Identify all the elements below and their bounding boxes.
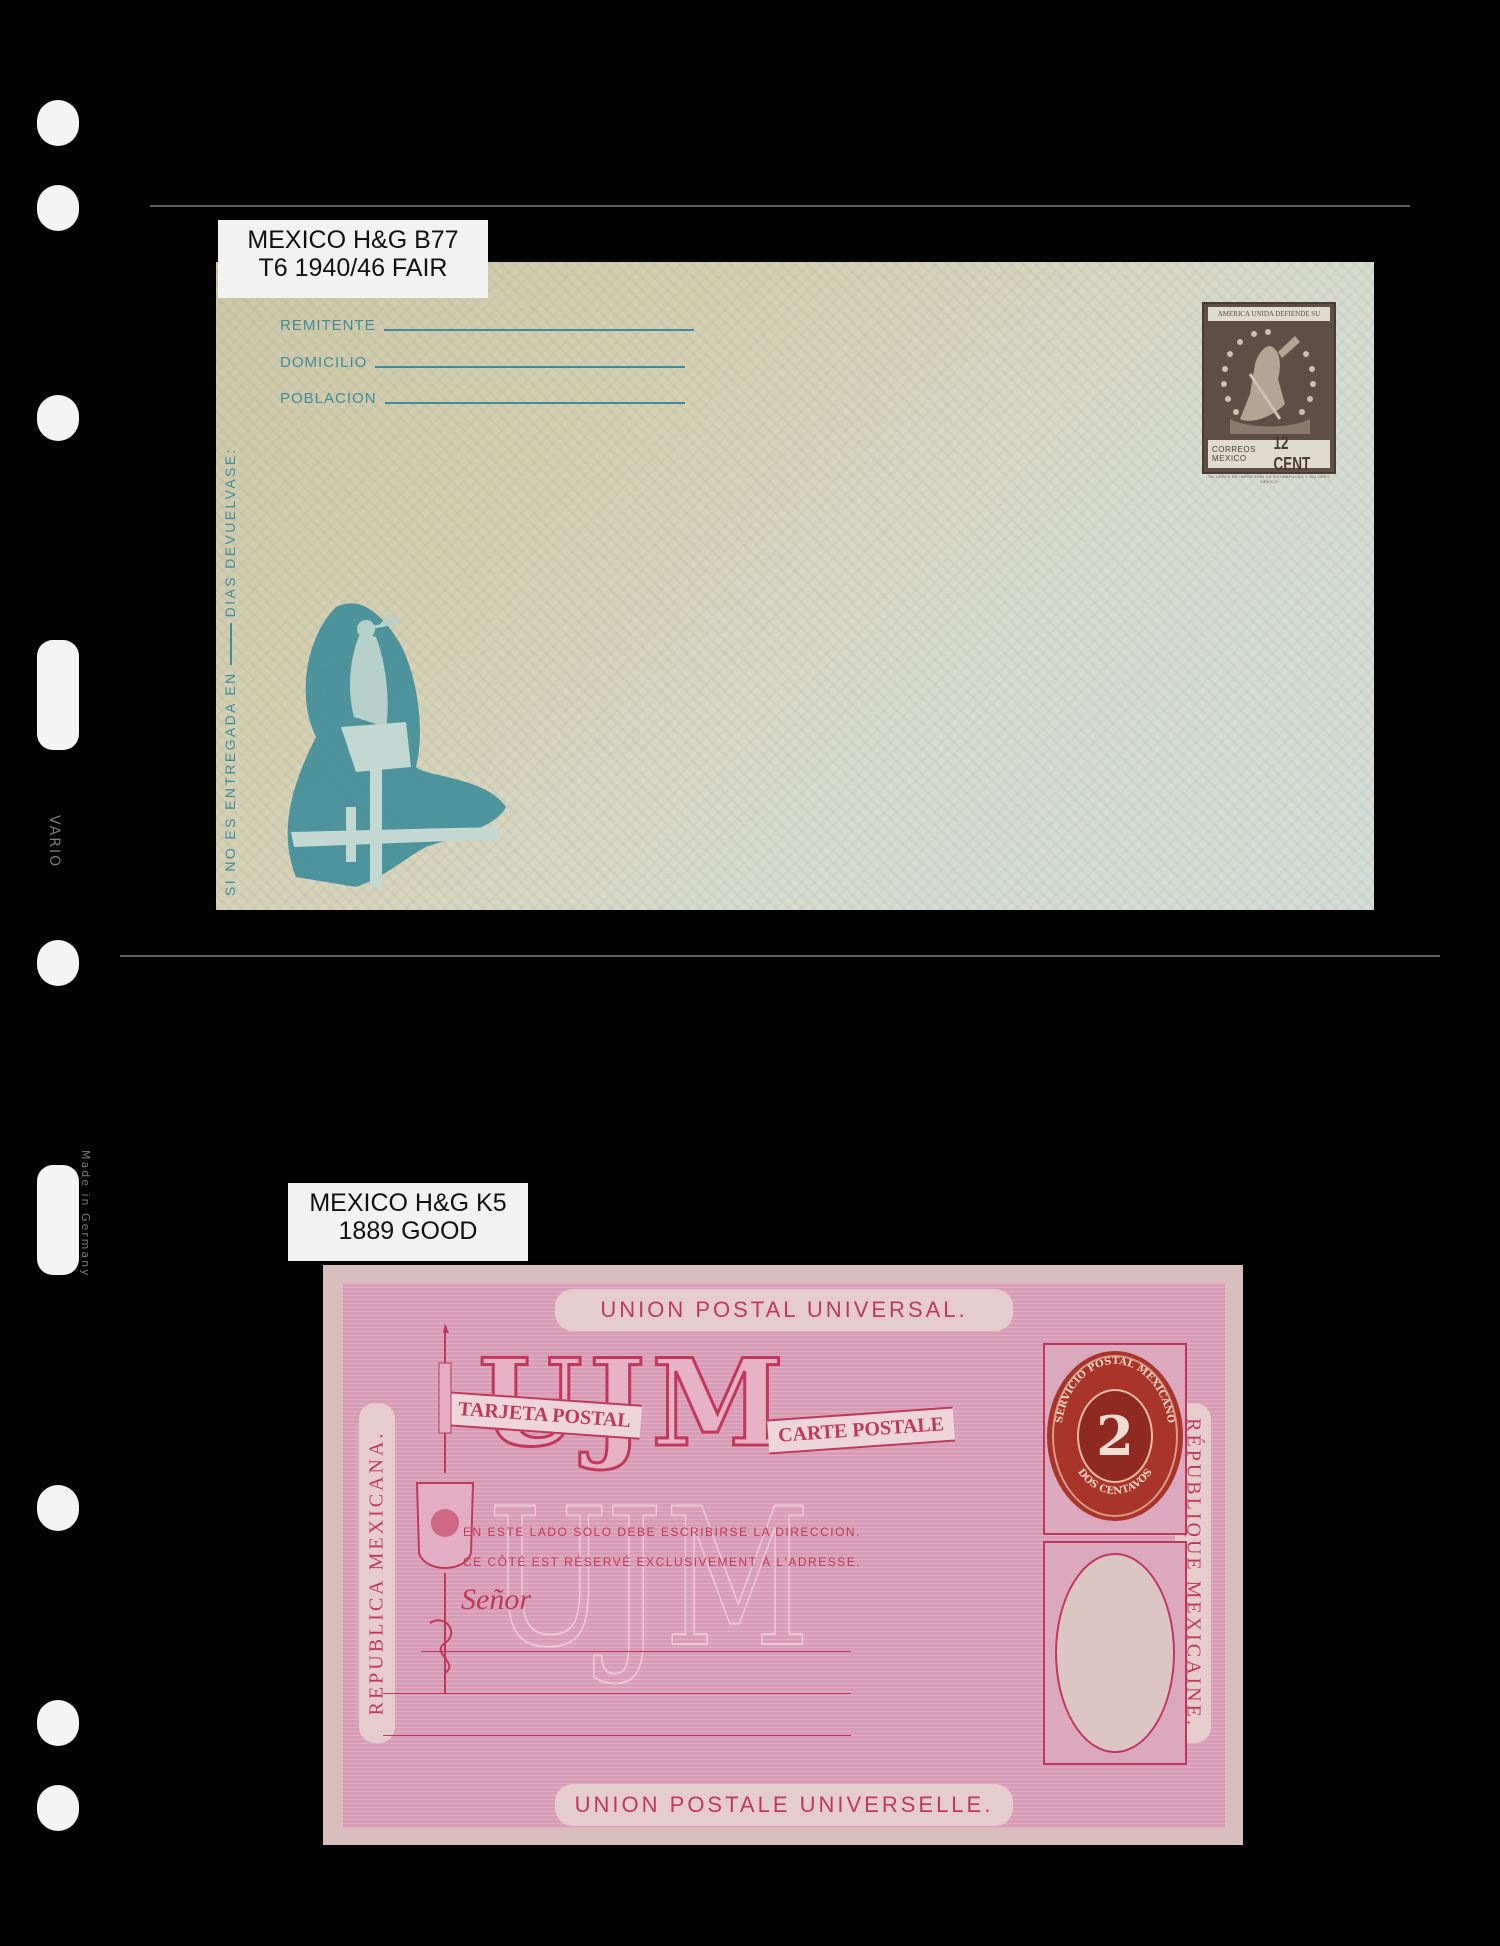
label-line-2: T6 1940/46 FAIR [230, 254, 476, 282]
ribbon-carte-postale: CARTE POSTALE [767, 1407, 955, 1455]
domicilio-label: DOMICILIO [280, 354, 367, 371]
ujm-watermark: UJM [488, 1468, 812, 1689]
stamp-motto: AMERICA UNIDA DEFIENDE SU LIBERTAD [1208, 307, 1330, 321]
domicilio-field: DOMICILIO [280, 354, 685, 371]
stamp-imprint: TALLERES DE IMPRESION DE ESTAMPILLAS Y V… [1202, 474, 1336, 484]
sleeve-brand-origin: Made in Germany [79, 1150, 92, 1278]
label-line-2: 1889 GOOD [300, 1217, 516, 1245]
envelope-b77: REMITENTE DOMICILIO POBLACION SI NO ES E… [216, 262, 1374, 910]
card-frame: UNION POSTAL UNIVERSAL. UNION POSTALE UN… [343, 1283, 1225, 1828]
bottom-band: UNION POSTALE UNIVERSELLE. [555, 1784, 1013, 1826]
address-line-2 [383, 1693, 851, 1694]
salutation: Señor [461, 1583, 531, 1617]
address-line-3 [383, 1735, 851, 1736]
remitente-field: REMITENTE [280, 317, 694, 334]
instruction-spanish: EN ESTE LADO SOLO DEBE ESCRIBIRSE LA DIR… [463, 1525, 861, 1539]
binder-hole [37, 1485, 79, 1531]
envelope-stamp-12-cent: AMERICA UNIDA DEFIENDE SU LIBERTAD CORRE… [1202, 302, 1336, 474]
stamp-box: SERVICIO POSTAL MEXICANO DOS CENTAVOS 2 [1043, 1343, 1187, 1535]
label-line-1: MEXICO H&G B77 [230, 226, 476, 254]
label-line-1: MEXICO H&G K5 [300, 1189, 516, 1217]
binder-slot [37, 640, 79, 750]
stamp-correos: CORREOS [1212, 445, 1256, 454]
catalog-label-k5: MEXICO H&G K5 1889 GOOD [288, 1183, 528, 1261]
sleeve-brand: VARIO [46, 815, 62, 868]
mexican-eagle-coat-of-arms-icon [405, 1323, 485, 1703]
dove-sword-illustration [266, 577, 586, 897]
remitente-label: REMITENTE [280, 317, 376, 334]
stamp-value: 12 CENT [1273, 433, 1326, 475]
poblacion-field: POBLACION [280, 390, 685, 407]
empty-stamp-box [1043, 1541, 1187, 1765]
binder-hole [37, 185, 79, 231]
binder-hole [37, 100, 79, 146]
stamp-numeral: 2 [1077, 1389, 1153, 1483]
binder-hole [37, 1785, 79, 1831]
instruction-french: CE CÔTÉ EST RÉSERVÉ EXCLUSIVEMENT À L'AD… [463, 1555, 861, 1569]
binder-hole [37, 1700, 79, 1746]
imprinted-stamp-2-centavos: SERVICIO POSTAL MEXICANO DOS CENTAVOS 2 [1047, 1351, 1183, 1521]
left-band: REPUBLICA MEXICANA. [359, 1403, 395, 1743]
top-band: UNION POSTAL UNIVERSAL. [555, 1289, 1013, 1331]
liberty-figure-icon [1210, 324, 1328, 434]
sleeve-edge [120, 955, 1440, 957]
stamp-mexico: MEXICO [1212, 454, 1256, 463]
sleeve-edge [150, 205, 1410, 207]
postal-card-k5: UNION POSTAL UNIVERSAL. UNION POSTALE UN… [323, 1265, 1243, 1845]
empty-oval-frame [1055, 1553, 1175, 1753]
binder-hole [37, 940, 79, 986]
poblacion-label: POBLACION [280, 390, 377, 407]
address-line-1 [421, 1651, 851, 1652]
binder-slot [37, 1165, 79, 1275]
catalog-label-b77: MEXICO H&G B77 T6 1940/46 FAIR [218, 220, 488, 298]
binder-hole [37, 395, 79, 441]
